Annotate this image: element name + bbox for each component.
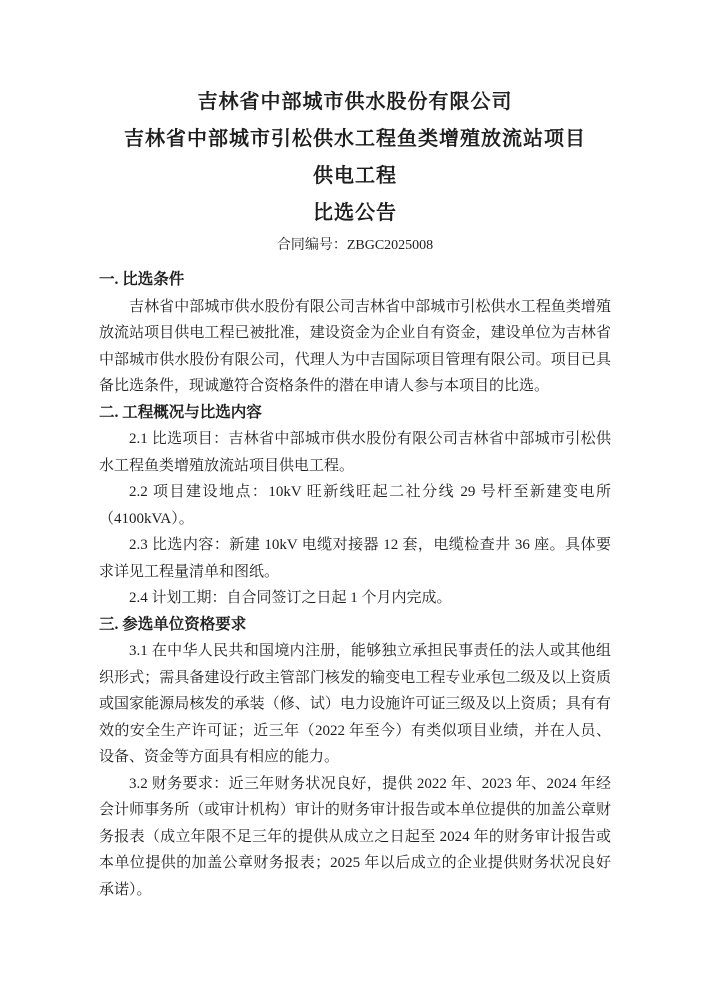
paragraph-conditions: 吉林省中部城市供水股份有限公司吉林省中部城市引松供水工程鱼类增殖放流站项目供电工…: [99, 294, 611, 400]
title-line-doctype: 比选公告: [99, 195, 611, 232]
section-heading-overview: 二. 工程概况与比选内容: [99, 400, 611, 427]
contract-number-value: ZBGC2025008: [347, 238, 433, 253]
paragraph-3-1-qualification: 3.1 在中华人民共和国境内注册，能够独立承担民事责任的法人或其他组织形式；需具…: [99, 638, 611, 771]
paragraph-2-4-schedule: 2.4 计划工期：自合同签订之日起 1 个月内完成。: [99, 585, 611, 612]
paragraph-2-2-location: 2.2 项目建设地点：10kV 旺新线旺起二社分线 29 号杆至新建变电所（41…: [99, 479, 611, 532]
title-line-project: 吉林省中部城市引松供水工程鱼类增殖放流站项目: [99, 121, 611, 158]
title-line-company: 吉林省中部城市供水股份有限公司: [99, 84, 611, 121]
contract-number-label: 合同编号：: [277, 238, 347, 253]
title-line-subproject: 供电工程: [99, 158, 611, 195]
contract-number-line: 合同编号：ZBGC2025008: [99, 233, 611, 259]
paragraph-2-3-content: 2.3 比选内容：新建 10kV 电缆对接器 12 套，电缆检查井 36 座。具…: [99, 532, 611, 585]
document-body: 一. 比选条件 吉林省中部城市供水股份有限公司吉林省中部城市引松供水工程鱼类增殖…: [99, 267, 611, 903]
section-heading-conditions: 一. 比选条件: [99, 267, 611, 294]
document-page: 吉林省中部城市供水股份有限公司 吉林省中部城市引松供水工程鱼类增殖放流站项目 供…: [0, 0, 707, 1000]
paragraph-2-1-project: 2.1 比选项目：吉林省中部城市供水股份有限公司吉林省中部城市引松供水工程鱼类增…: [99, 426, 611, 479]
paragraph-3-2-financial: 3.2 财务要求：近三年财务状况良好，提供 2022 年、2023 年、2024…: [99, 771, 611, 904]
document-content: 吉林省中部城市供水股份有限公司 吉林省中部城市引松供水工程鱼类增殖放流站项目 供…: [99, 84, 611, 903]
document-title: 吉林省中部城市供水股份有限公司 吉林省中部城市引松供水工程鱼类增殖放流站项目 供…: [99, 84, 611, 232]
section-heading-qualifications: 三. 参选单位资格要求: [99, 612, 611, 639]
